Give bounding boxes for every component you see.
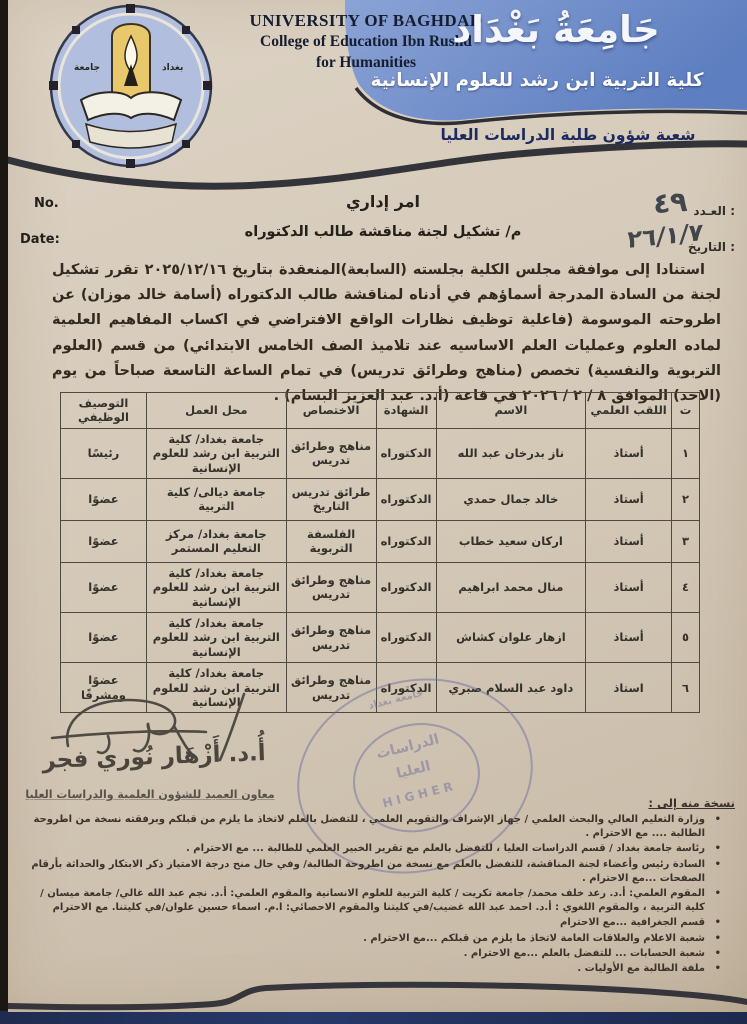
table-cell: استاذ bbox=[586, 663, 672, 713]
table-cell: داود عبد السلام صبري bbox=[436, 663, 586, 713]
order-title: امر إداري bbox=[298, 192, 468, 211]
table-cell: الدكتوراه bbox=[376, 478, 436, 520]
table-cell: أستاذ bbox=[586, 428, 672, 478]
number-label-ar: العـدد : bbox=[693, 204, 735, 218]
table-cell: جامعة بغداد/ كلية التربية ابن رشد للعلوم… bbox=[146, 613, 286, 663]
table-cell: رئيسًا bbox=[61, 428, 147, 478]
col-header-workplace: محل العمل bbox=[146, 393, 286, 429]
col-header-role: التوصيف الوظيفي bbox=[61, 393, 147, 429]
table-cell: الفلسفة التربوية bbox=[286, 520, 376, 562]
university-emblem-icon: جامعة بغداد bbox=[36, 2, 222, 172]
table-cell: جامعة بغداد/ كلية التربية ابن رشد للعلوم… bbox=[146, 428, 286, 478]
col-header-name: الاسم bbox=[436, 393, 586, 429]
table-cell: خالد جمال حمدي bbox=[436, 478, 586, 520]
order-body-paragraph: استنادا إلى موافقة مجلس الكلية بجلسته (ا… bbox=[52, 258, 721, 409]
table-cell: ٢ bbox=[672, 478, 700, 520]
no-label: No. bbox=[34, 196, 59, 211]
table-cell: الدكتوراه bbox=[376, 562, 436, 612]
table-cell: ناز بدرخان عبد الله bbox=[436, 428, 586, 478]
table-cell: الدكتوراه bbox=[376, 520, 436, 562]
table-cell: الدكتوراه bbox=[376, 663, 436, 713]
document-page: جامعة بغداد UNIVERSITY OF BAGHDAD Colleg… bbox=[8, 0, 747, 1012]
footer-swoosh-divider bbox=[8, 958, 747, 1012]
table-cell: عضوًا bbox=[61, 562, 147, 612]
table-cell: الدكتوراه bbox=[376, 428, 436, 478]
table-cell: مناهج وطرائق تدريس bbox=[286, 663, 376, 713]
distribution-list: نسخة منه إلى : وزارة التعليم العالي والب… bbox=[26, 796, 739, 977]
table-row: ٥ أستاذ ازهار علوان كشاش الدكتوراه مناهج… bbox=[61, 613, 700, 663]
distribution-item: المقوم العلمي: أ.د. رعد خلف محمد/ جامعة … bbox=[26, 887, 739, 915]
table-cell: جامعة بغداد/ مركز التعليم المستمر bbox=[146, 520, 286, 562]
distribution-item: رئاسة جامعة بغداد / قسم الدراسات العليا … bbox=[26, 842, 739, 856]
table-row: ٣ أستاذ اركان سعيد خطاب الدكتوراه الفلسف… bbox=[61, 520, 700, 562]
col-header-seq: ت bbox=[672, 393, 700, 429]
table-cell: مناهج وطرائق تدريس bbox=[286, 562, 376, 612]
table-cell: عضوًا bbox=[61, 520, 147, 562]
committee-table: ت اللقب العلمي الاسم الشهادة الاختصاص مح… bbox=[60, 392, 700, 713]
table-cell: عضوًا bbox=[61, 613, 147, 663]
table-cell: ٥ bbox=[672, 613, 700, 663]
distribution-item: شعبة الاعلام والعلاقات العامة لاتخاذ ما … bbox=[26, 932, 739, 946]
table-cell: مناهج وطرائق تدريس bbox=[286, 613, 376, 663]
table-cell: جامعة ديالى/ كلية التربية bbox=[146, 478, 286, 520]
department-line: شعبة شؤون طلبة الدراسات العليا bbox=[403, 126, 733, 144]
svg-text:جامعة: جامعة bbox=[74, 63, 100, 73]
table-row: ٤ أستاذ منال محمد ابراهيم الدكتوراه مناه… bbox=[61, 562, 700, 612]
table-cell: الدكتوراه bbox=[376, 613, 436, 663]
col-header-degree: الشهادة bbox=[376, 393, 436, 429]
date-label-en: Date: bbox=[20, 232, 60, 247]
university-name-ar: جَامِعَةُ بَغْدَاد bbox=[391, 8, 721, 51]
svg-text:بغداد: بغداد bbox=[162, 63, 183, 73]
stamp-center-text: الدراسات bbox=[290, 710, 525, 783]
distribution-item: قسم الجغرافية ...مع الاحترام bbox=[26, 916, 739, 930]
photo-edge-strip bbox=[0, 1011, 747, 1024]
table-cell: منال محمد ابراهيم bbox=[436, 562, 586, 612]
table-row: ٢ أستاذ خالد جمال حمدي الدكتوراه طرائق ت… bbox=[61, 478, 700, 520]
handwritten-number: ٤٩ bbox=[652, 185, 688, 220]
table-cell: مناهج وطرائق تدريس bbox=[286, 428, 376, 478]
table-cell: أستاذ bbox=[586, 478, 672, 520]
col-header-specialty: الاختصاص bbox=[286, 393, 376, 429]
order-subject: م/ تشكيل لجنة مناقشة طالب الدكتوراه bbox=[178, 224, 588, 240]
table-cell: ١ bbox=[672, 428, 700, 478]
distribution-title: نسخة منه إلى : bbox=[26, 796, 735, 810]
photo-background: { "header": { "english_line1": "UNIVERSI… bbox=[0, 0, 747, 1024]
table-cell: ٦ bbox=[672, 663, 700, 713]
table-cell: عضوًا bbox=[61, 478, 147, 520]
college-name-ar: كلية التربية ابن رشد للعلوم الإنسانية bbox=[337, 70, 737, 91]
table-cell: اركان سعيد خطاب bbox=[436, 520, 586, 562]
table-cell: طرائق تدريس التاريخ bbox=[286, 478, 376, 520]
table-cell: جامعة بغداد/ كلية التربية ابن رشد للعلوم… bbox=[146, 562, 286, 612]
table-cell: أستاذ bbox=[586, 613, 672, 663]
table-cell: أستاذ bbox=[586, 562, 672, 612]
distribution-item: وزارة التعليم العالي والبحث العلمي / جها… bbox=[26, 813, 739, 841]
table-row: ١ أستاذ ناز بدرخان عبد الله الدكتوراه من… bbox=[61, 428, 700, 478]
distribution-item: السادة رئيس وأعضاء لجنة المناقشة، للتفضل… bbox=[26, 858, 739, 886]
table-cell: أستاذ bbox=[586, 520, 672, 562]
col-header-academic-title: اللقب العلمي bbox=[586, 393, 672, 429]
table-cell: ٣ bbox=[672, 520, 700, 562]
table-cell: ازهار علوان كشاش bbox=[436, 613, 586, 663]
table-header-row: ت اللقب العلمي الاسم الشهادة الاختصاص مح… bbox=[61, 393, 700, 429]
table-cell: ٤ bbox=[672, 562, 700, 612]
